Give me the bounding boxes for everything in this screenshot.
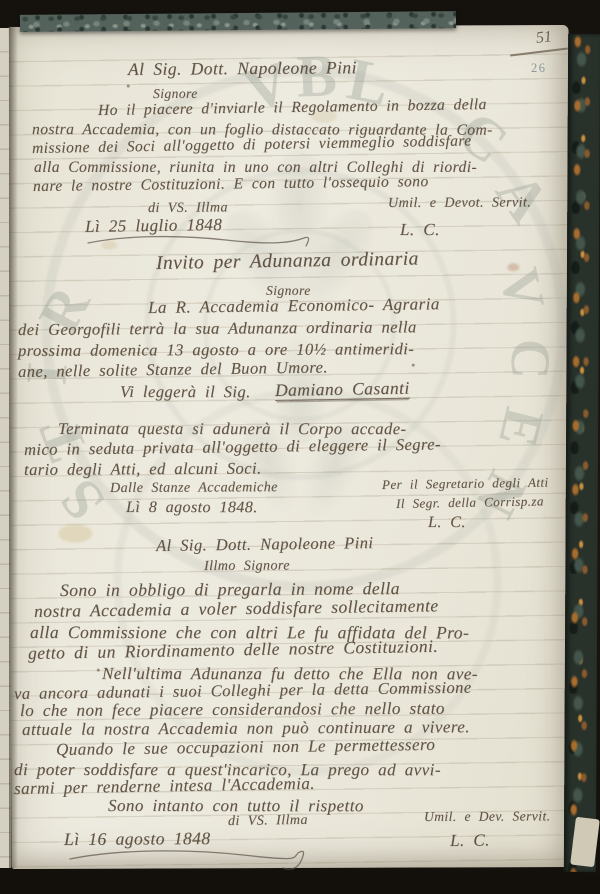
manuscript-line: Al Sig. Dott. Napoleone Pini xyxy=(128,58,357,78)
manuscript-line: sarmi per renderne intesa l'Accademia. xyxy=(14,775,315,798)
manuscript-line: Invito per Adunanza ordinaria xyxy=(156,249,419,274)
manuscript-line: mico in seduta privata all'oggetto di el… xyxy=(24,435,441,458)
manuscript-line: Illmo Signore xyxy=(204,559,290,574)
manuscript-line: prossima domenica 13 agosto a ore 10½ an… xyxy=(18,340,414,359)
manuscript-line: dei Georgofili terrà la sua Adunanza ord… xyxy=(18,318,417,338)
manuscript-line: L. C. xyxy=(428,515,466,532)
scanned-manuscript-photo: VBLCAVCENRITS Al Sig. Dott. Napoleone Pi… xyxy=(0,0,600,894)
manuscript-line: Dalle Stanze Accademiche xyxy=(110,481,278,497)
manuscript-line: Quando le sue occupazioni non Le permett… xyxy=(56,736,436,759)
manuscript-line: Umil. e Devot. Servit. xyxy=(388,196,531,211)
manuscript-line: Umil. e Dev. Servit. xyxy=(424,809,551,824)
manuscript-line: Ho il piacere d'inviarle il Regolamento … xyxy=(98,97,487,119)
manuscript-line: Per il Segretario degli Atti xyxy=(382,476,549,492)
manuscript-line: nostra Accademia a voler soddisfare soll… xyxy=(34,596,439,620)
manuscript-lines: Al Sig. Dott. Napoleone PiniSignoreHo il… xyxy=(0,0,600,894)
manuscript-line: Il Segr. della Corrisp.za xyxy=(396,494,544,510)
folio-number: 51 xyxy=(535,28,553,48)
manuscript-line: L. C. xyxy=(400,221,440,239)
manuscript-line: di VS. Illma xyxy=(228,814,308,830)
manuscript-line: Al Sig. Dott. Napoleone Pini xyxy=(156,534,374,554)
manuscript-line: nare le nostre Costituzioni. E con tutto… xyxy=(33,174,429,195)
manuscript-line: L. C. xyxy=(450,831,490,849)
manuscript-line: Vi leggerà il Sig. xyxy=(120,383,251,400)
manuscript-line: ane, nelle solite Stanze del Buon Umore. xyxy=(18,358,328,380)
stamp-number: 26 xyxy=(531,61,547,76)
manuscript-line: Lì 8 agosto 1848. xyxy=(126,500,258,517)
manuscript-line: Signore xyxy=(153,87,198,101)
ink-flourish-date-1 xyxy=(86,233,314,251)
ink-flourish-date-2 xyxy=(68,845,316,871)
manuscript-line: Damiano Casanti xyxy=(275,379,410,402)
manuscript-line: La R. Accademia Economico- Agraria xyxy=(148,295,440,317)
manuscript-line: Sono intanto con tutto il rispetto xyxy=(108,797,364,815)
manuscript-line: tario degli Atti, ed alcuni Soci. xyxy=(24,459,262,478)
